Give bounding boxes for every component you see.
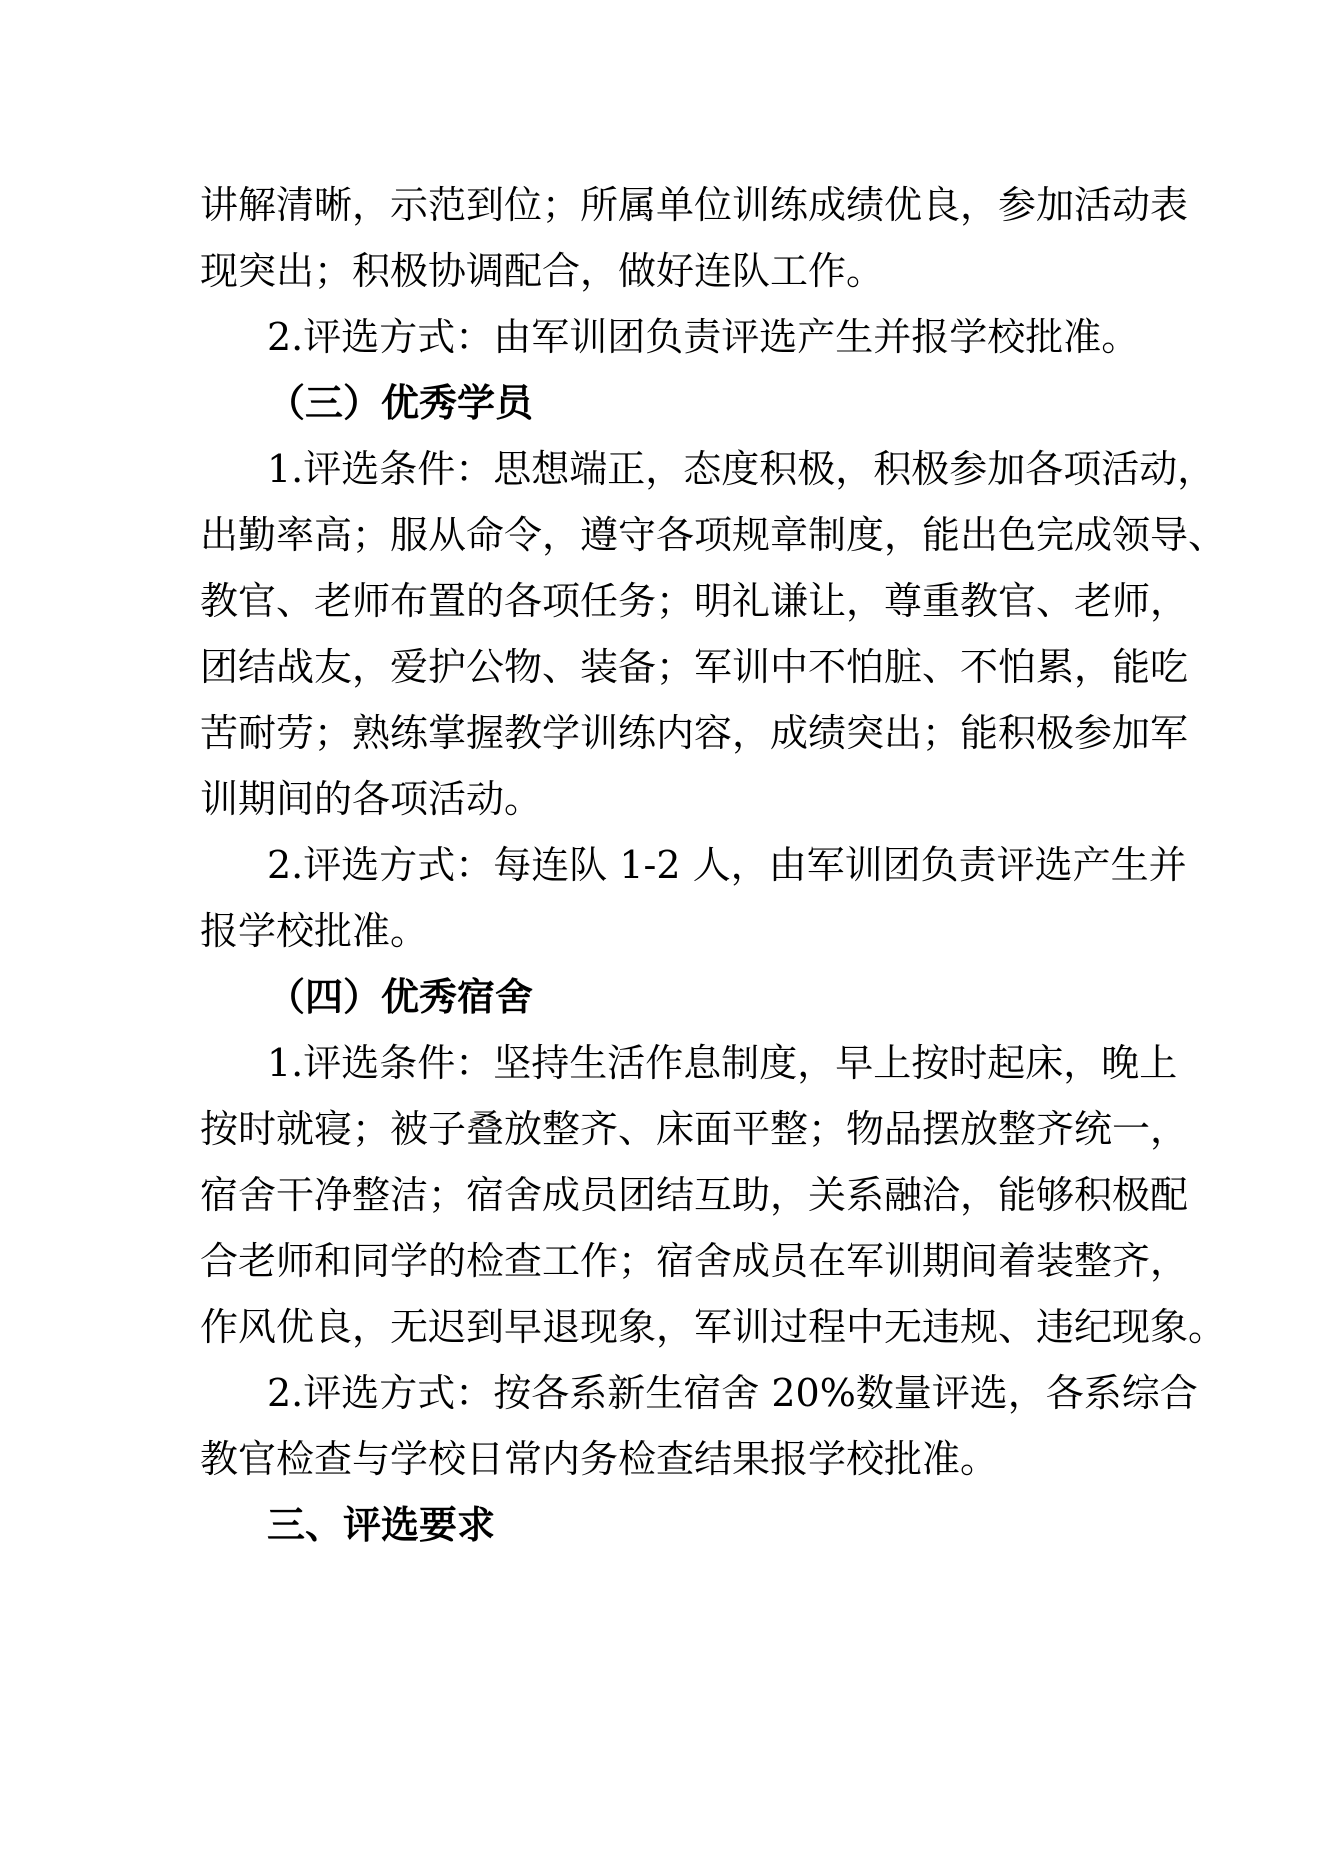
text-line: 苦耐劳；熟练掌握教学训练内容，成绩突出；能积极参加军 [200,700,1145,766]
text-line: 团结战友，爱护公物、装备；军训中不怕脏、不怕累，能吃 [200,634,1145,700]
text-line: 作风优良，无迟到早退现象，军训过程中无违规、违纪现象。 [200,1294,1145,1360]
text-line: 讲解清晰，示范到位；所属单位训练成绩优良，参加活动表 [200,172,1145,238]
section-heading: （四）优秀宿舍 [200,964,1145,1030]
text-line: 2.评选方式：由军训团负责评选产生并报学校批准。 [200,304,1145,370]
text-line: 宿舍干净整洁；宿舍成员团结互助，关系融洽，能够积极配 [200,1162,1145,1228]
text-line: 出勤率高；服从命令，遵守各项规章制度，能出色完成领导、 [200,502,1145,568]
text-line: 报学校批准。 [200,898,1145,964]
text-line: 2.评选方式：每连队 1-2 人，由军训团负责评选产生并 [200,832,1145,898]
text-line: 1.评选条件：坚持生活作息制度，早上按时起床，晚上 [200,1030,1145,1096]
document-body: 讲解清晰，示范到位；所属单位训练成绩优良，参加活动表 现突出；积极协调配合，做好… [200,172,1145,1558]
section-heading: 三、评选要求 [200,1492,1145,1558]
document-page: 讲解清晰，示范到位；所属单位训练成绩优良，参加活动表 现突出；积极协调配合，做好… [0,0,1323,1871]
section-heading: （三）优秀学员 [200,370,1145,436]
text-line: 教官检查与学校日常内务检查结果报学校批准。 [200,1426,1145,1492]
text-line: 教官、老师布置的各项任务；明礼谦让，尊重教官、老师， [200,568,1145,634]
text-line: 合老师和同学的检查工作；宿舍成员在军训期间着装整齐， [200,1228,1145,1294]
text-line: 按时就寝；被子叠放整齐、床面平整；物品摆放整齐统一， [200,1096,1145,1162]
text-line: 现突出；积极协调配合，做好连队工作。 [200,238,1145,304]
text-line: 训期间的各项活动。 [200,766,1145,832]
text-line: 1.评选条件：思想端正，态度积极，积极参加各项活动， [200,436,1145,502]
text-line: 2.评选方式：按各系新生宿舍 20%数量评选，各系综合 [200,1360,1145,1426]
